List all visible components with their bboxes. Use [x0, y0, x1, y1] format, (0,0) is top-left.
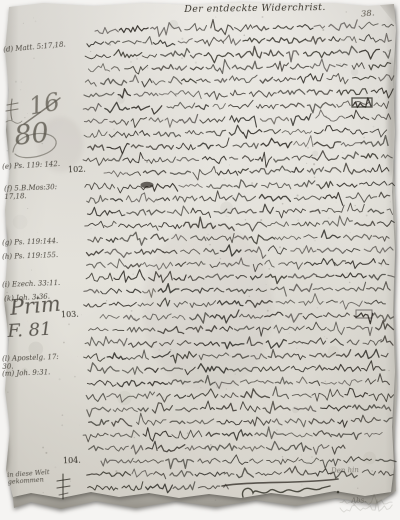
margin-note-bottom: in diese Welt gekommen [7, 469, 50, 486]
catchword: Den hin [331, 467, 359, 476]
library-mark-f81: F. 81 [7, 320, 52, 342]
margin-note-i: (i) Ezech. 33:11. [2, 280, 60, 290]
folio-number-new: 80 [13, 118, 50, 152]
paragraph-number: 103. [61, 310, 79, 320]
verso-note: Abs. [351, 497, 367, 506]
margin-note-g: (g) Ps. 119:144. [2, 238, 58, 248]
margin-note-f: (f) 5.B.Mos:30: 17,18. [4, 184, 57, 201]
manuscript-scan: Der entdeckte Widerchrist. 38. (d) Matt.… [0, 0, 400, 520]
annotations-layer: (d) Matt. 5:17,18.1680(e) Ps. 119: 142.(… [0, 0, 400, 520]
library-mark-prim: Prim [9, 293, 62, 321]
margin-note-e: (e) Ps. 119: 142. [2, 161, 60, 172]
paragraph-number: 104. [63, 456, 81, 466]
margin-note-h: (h) Ps. 119:155. [2, 252, 58, 262]
folio-number-old: 16 [27, 89, 62, 121]
margin-note-m: (m) Joh. 9:31. [2, 369, 50, 379]
paragraph-number: 102. [68, 165, 86, 175]
margin-note-d: (d) Matt. 5:17,18. [3, 42, 66, 55]
